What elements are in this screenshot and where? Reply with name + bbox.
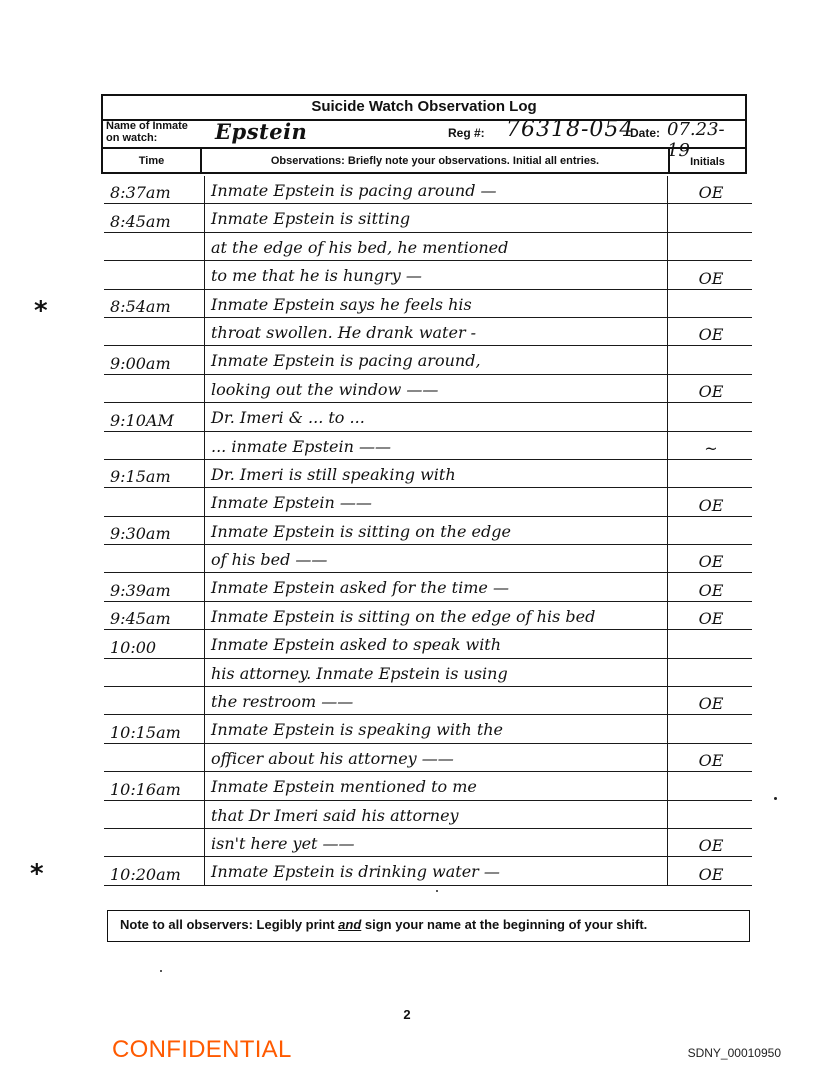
log-row: 10:00Inmate Epstein asked to speak with <box>104 630 752 658</box>
log-time: 9:00am <box>110 354 200 373</box>
observer-note: Note to all observers: Legibly print and… <box>107 910 750 942</box>
log-row: 8:45amInmate Epstein is sitting <box>104 204 752 232</box>
log-time: 10:15am <box>110 723 200 742</box>
scan-speck <box>436 890 438 892</box>
log-initials: OE <box>676 382 746 401</box>
log-time: 9:10AM <box>110 411 200 430</box>
log-row: 8:37amInmate Epstein is pacing around —O… <box>104 176 752 204</box>
note-emphasis: and <box>338 917 361 932</box>
log-row: of his bed ——OE <box>104 545 752 573</box>
log-initials: OE <box>676 581 746 600</box>
note-suffix: sign your name at the beginning of your … <box>361 917 647 932</box>
log-observation: at the edge of his bed, he mentioned <box>204 233 668 262</box>
log-observation: Inmate Epstein is pacing around, <box>204 346 668 375</box>
log-initials: OE <box>676 609 746 628</box>
log-time: 9:30am <box>110 524 200 543</box>
log-row: looking out the window ——OE <box>104 375 752 403</box>
log-observation: Inmate Epstein is sitting on the edge of… <box>204 602 668 631</box>
log-time: 9:45am <box>110 609 200 628</box>
log-row: Inmate Epstein ——OE <box>104 488 752 516</box>
log-initials: OE <box>676 496 746 515</box>
log-initials: OE <box>676 865 746 884</box>
log-row: officer about his attorney ——OE <box>104 744 752 772</box>
log-initials: OE <box>676 751 746 770</box>
log-time: 10:00 <box>110 638 200 657</box>
log-observation: Inmate Epstein is pacing around — <box>204 176 668 205</box>
log-time: 9:39am <box>110 581 200 600</box>
log-row: his attorney. Inmate Epstein is using <box>104 659 752 687</box>
log-observation: Inmate Epstein is drinking water — <box>204 857 668 886</box>
log-observation: Inmate Epstein mentioned to me <box>204 772 668 801</box>
log-observation: Inmate Epstein is sitting <box>204 204 668 233</box>
log-observation: of his bed —— <box>204 545 668 574</box>
log-row: 9:10AMDr. Imeri & ... to ... <box>104 403 752 431</box>
log-time: 8:54am <box>110 297 200 316</box>
log-row: the restroom ——OE <box>104 687 752 715</box>
log-observation: officer about his attorney —— <box>204 744 668 773</box>
log-time: 9:15am <box>110 467 200 486</box>
log-observation: Inmate Epstein says he feels his <box>204 290 668 319</box>
date-label: Date: <box>630 126 660 140</box>
note-prefix: Note to all observers: Legibly print <box>120 917 338 932</box>
form-header: Suicide Watch Observation Log Name of In… <box>101 94 747 174</box>
column-header-time: Time <box>103 149 202 174</box>
reg-number-value: 76318-054 <box>506 117 634 142</box>
reg-number-label: Reg #: <box>448 126 485 140</box>
confidential-stamp: CONFIDENTIAL <box>112 1036 292 1064</box>
log-observation: Dr. Imeri & ... to ... <box>204 403 668 432</box>
log-observation: ... inmate Epstein —— <box>204 432 668 461</box>
log-observation: Inmate Epstein asked to speak with <box>204 630 668 659</box>
log-initials: OE <box>676 694 746 713</box>
log-row: ... inmate Epstein ——~ <box>104 432 752 460</box>
log-observation: to me that he is hungry — <box>204 261 668 290</box>
log-initials: OE <box>676 183 746 202</box>
log-row: 9:30amInmate Epstein is sitting on the e… <box>104 517 752 545</box>
asterisk-mark: * <box>30 861 44 887</box>
log-initials: OE <box>676 836 746 855</box>
log-observation: Inmate Epstein is sitting on the edge <box>204 517 668 546</box>
document-page: Suicide Watch Observation Log Name of In… <box>0 0 814 1070</box>
column-headers: Time Observations: Briefly note your obs… <box>103 149 745 172</box>
log-observation: Inmate Epstein —— <box>204 488 668 517</box>
log-observation: Dr. Imeri is still speaking with <box>204 460 668 489</box>
log-row: that Dr Imeri said his attorney <box>104 801 752 829</box>
asterisk-mark: * <box>34 298 48 324</box>
log-observation: his attorney. Inmate Epstein is using <box>204 659 668 688</box>
log-row: throat swollen. He drank water -OE <box>104 318 752 346</box>
log-row: 9:45amInmate Epstein is sitting on the e… <box>104 602 752 630</box>
log-observation: isn't here yet —— <box>204 829 668 858</box>
log-observation: looking out the window —— <box>204 375 668 404</box>
log-observation: Inmate Epstein asked for the time — <box>204 573 668 602</box>
bates-number: SDNY_00010950 <box>688 1046 781 1060</box>
log-time: 8:45am <box>110 212 200 231</box>
observation-log: 8:37amInmate Epstein is pacing around —O… <box>104 176 752 886</box>
log-initials: OE <box>676 269 746 288</box>
log-time: 8:37am <box>110 183 200 202</box>
column-header-initials: Initials <box>670 149 745 174</box>
scan-speck <box>160 970 162 972</box>
form-title: Suicide Watch Observation Log <box>103 96 745 121</box>
log-observation: throat swollen. He drank water - <box>204 318 668 347</box>
log-row: *8:54amInmate Epstein says he feels his <box>104 290 752 318</box>
log-row: 9:39amInmate Epstein asked for the time … <box>104 573 752 601</box>
inmate-name-label: Name of Inmate on watch: <box>106 120 196 144</box>
scan-speck <box>774 797 777 800</box>
log-time: 10:20am <box>110 865 200 884</box>
column-header-observations: Observations: Briefly note your observat… <box>202 149 670 174</box>
log-time: 10:16am <box>110 780 200 799</box>
inmate-name-value: Epstein <box>215 119 307 144</box>
log-initials: ~ <box>676 439 746 458</box>
log-observation: Inmate Epstein is speaking with the <box>204 715 668 744</box>
log-observation: the restroom —— <box>204 687 668 716</box>
log-row: 10:15amInmate Epstein is speaking with t… <box>104 715 752 743</box>
log-row: *10:20amInmate Epstein is drinking water… <box>104 857 752 885</box>
log-row: isn't here yet ——OE <box>104 829 752 857</box>
log-row: 9:00amInmate Epstein is pacing around, <box>104 346 752 374</box>
log-row: 10:16amInmate Epstein mentioned to me <box>104 772 752 800</box>
inmate-info-row: Name of Inmate on watch: Epstein Reg #: … <box>103 119 745 149</box>
log-initials: OE <box>676 552 746 571</box>
log-observation: that Dr Imeri said his attorney <box>204 801 668 830</box>
log-row: to me that he is hungry —OE <box>104 261 752 289</box>
log-row: at the edge of his bed, he mentioned <box>104 233 752 261</box>
page-number: 2 <box>0 1007 814 1022</box>
log-row: 9:15amDr. Imeri is still speaking with <box>104 460 752 488</box>
log-initials: OE <box>676 325 746 344</box>
